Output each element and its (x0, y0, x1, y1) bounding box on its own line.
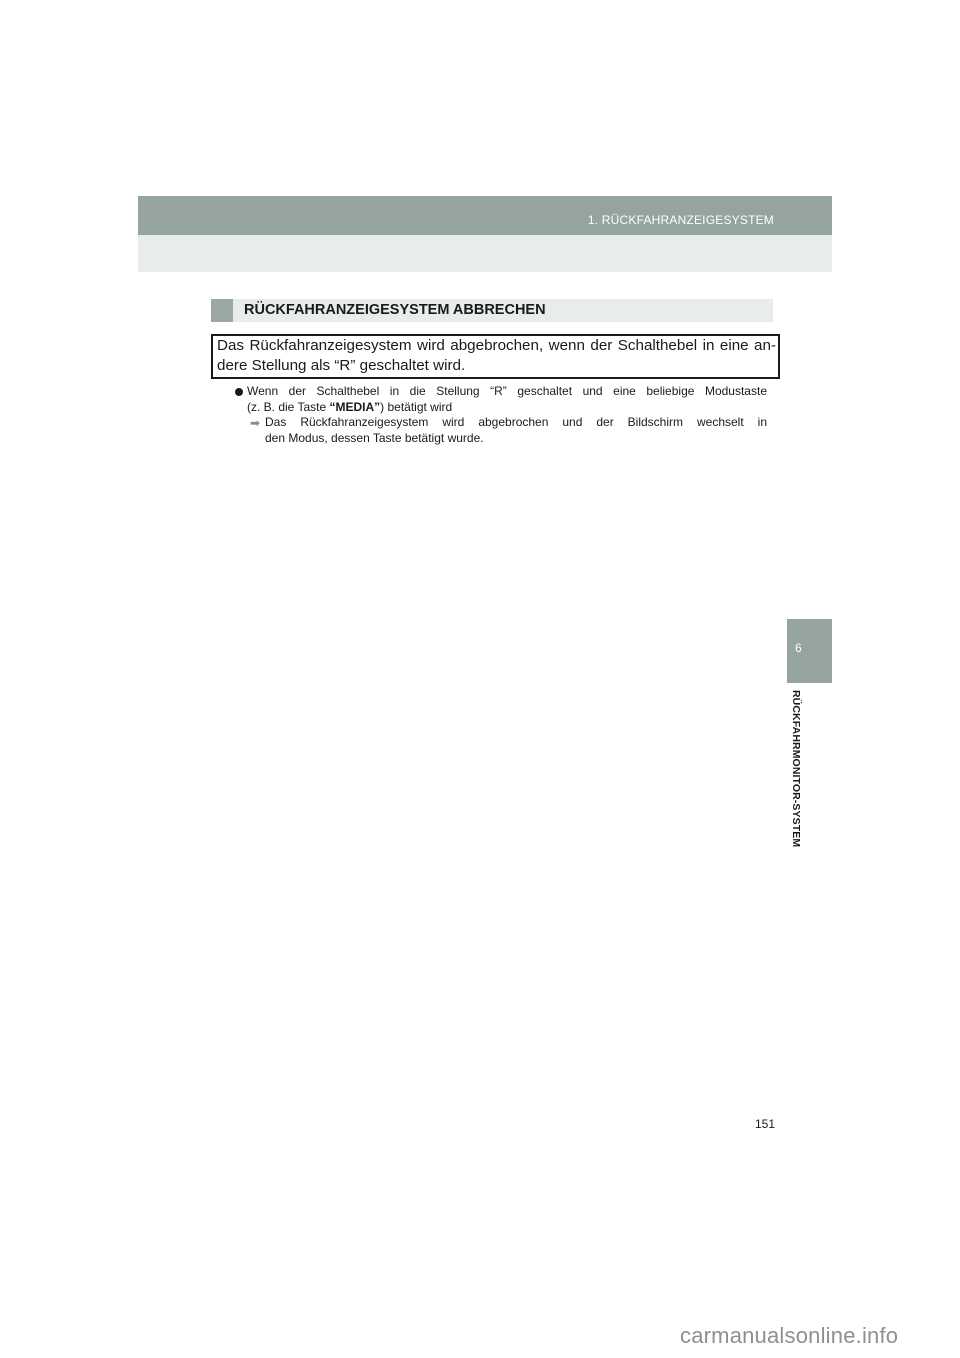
result-line-2: den Modus, dessen Taste betätigt wurde. (265, 431, 767, 447)
chapter-header-subbar (138, 235, 832, 272)
summary-box: Das Rückfahranzeigesystem wird abgebroch… (211, 334, 780, 379)
chapter-tab: 6 (787, 619, 832, 683)
chapter-number: 6 (795, 641, 802, 655)
section-marker-icon (211, 299, 233, 322)
condition-line-1: Wenn der Schalthebel in die Stellung “R”… (247, 384, 767, 400)
condition-text: (z. B. die Taste (247, 400, 329, 414)
section-heading-bar: RÜCKFAHRANZEIGESYSTEM ABBRECHEN (211, 299, 773, 322)
result-item: ➡ Das Rückfahranzeigesystem wird abgebro… (265, 415, 767, 446)
section-title: RÜCKFAHRANZEIGESYSTEM ABBRECHEN (244, 302, 546, 318)
chapter-side-label: RÜCKFAHRMONITOR-SYSTEM (790, 690, 810, 890)
bullet-icon (235, 388, 243, 396)
summary-line-2: dere Stellung als “R” geschaltet wird. (217, 356, 776, 376)
media-button-label: “MEDIA” (329, 400, 380, 414)
chapter-header-bar: 1. RÜCKFAHRANZEIGESYSTEM (138, 196, 832, 235)
condition-line-2: (z. B. die Taste “MEDIA”) betätigt wird (247, 400, 767, 416)
chapter-side-label-text: RÜCKFAHRMONITOR-SYSTEM (790, 690, 802, 847)
watermark: carmanualsonline.info (680, 1323, 898, 1349)
result-line-1: Das Rückfahranzeigesystem wird abgebroch… (265, 415, 767, 431)
summary-line-1: Das Rückfahranzeigesystem wird abgebroch… (217, 336, 776, 356)
page-number: 151 (755, 1117, 775, 1131)
arrow-right-icon: ➡ (250, 416, 260, 432)
condition-bullet: Wenn der Schalthebel in die Stellung “R”… (247, 384, 767, 415)
chapter-title: 1. RÜCKFAHRANZEIGESYSTEM (588, 213, 774, 227)
condition-text-end: ) betätigt wird (380, 400, 452, 414)
